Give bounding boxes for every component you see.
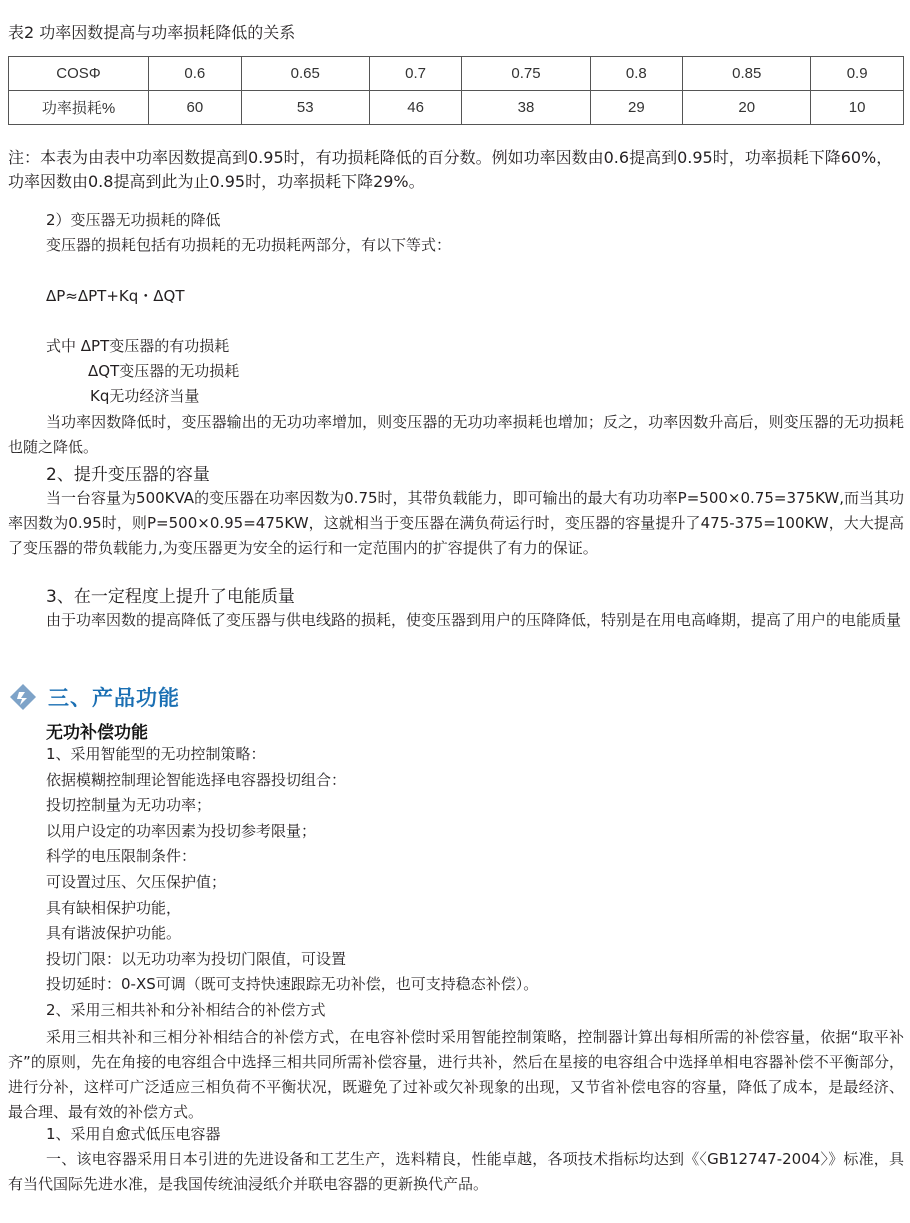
table-cell: 0.7: [369, 57, 462, 91]
table-cell: 60: [149, 91, 242, 125]
section-intro: 变压器的损耗包括有功损耗的无功损耗两部分，有以下等式：: [46, 233, 451, 258]
section-heading: 2）变压器无功损耗的降低: [46, 208, 221, 233]
table-row: COSΦ 0.6 0.65 0.7 0.75 0.8 0.85 0.9: [9, 57, 904, 91]
list-item: 依据模糊控制理论智能选择电容器投切组合：: [46, 768, 538, 794]
list-item: 投切门限：以无功功率为投切门限值，可设置: [46, 947, 538, 973]
table-cell: 38: [462, 91, 590, 125]
list-item: 1、采用智能型的无功控制策略：: [46, 742, 538, 768]
list-item: 投切延时：0-XS可调（既可支持快速跟踪无功补偿，也可支持稳态补偿）。: [46, 972, 538, 998]
feature-list: 1、采用智能型的无功控制策略： 依据模糊控制理论智能选择电容器投切组合： 投切控…: [46, 742, 538, 1024]
formula-def: 式中 ΔPT变压器的有功损耗: [46, 334, 229, 359]
formula-def: ΔQT变压器的无功损耗: [88, 359, 239, 384]
row-header: 功率损耗%: [9, 91, 149, 125]
list-item: 具有谐波保护功能。: [46, 921, 538, 947]
list-item: 可设置过压、欠压保护值；: [46, 870, 538, 896]
paragraph: 由于功率因数的提高降低了变压器与供电线路的损耗，使变压器到用户的压降降低，特别是…: [8, 608, 904, 633]
table-cell: 20: [683, 91, 811, 125]
table-cell: 0.8: [590, 57, 683, 91]
table-cell: 0.9: [811, 57, 904, 91]
table-title: 表2 功率因数提高与功率损耗降低的关系: [8, 20, 295, 43]
power-factor-table: COSΦ 0.6 0.65 0.7 0.75 0.8 0.85 0.9 功率损耗…: [8, 56, 904, 125]
item-heading: 2、提升变压器的容量: [46, 460, 210, 485]
table-cell: 0.75: [462, 57, 590, 91]
paragraph: 采用三相共补和三相分补相结合的补偿方式，在电容补偿时采用智能控制策略，控制器计算…: [8, 1025, 904, 1125]
table-row: 功率损耗% 60 53 46 38 29 20 10: [9, 91, 904, 125]
paragraph: 当功率因数降低时，变压器输出的无功功率增加，则变压器的无功功率损耗也增加；反之，…: [8, 410, 904, 460]
diamond-bolt-icon: [8, 682, 38, 712]
table-cell: 53: [241, 91, 369, 125]
subsection-title: 无功补偿功能: [46, 718, 148, 743]
item-heading: 1、采用自愈式低压电容器: [46, 1122, 221, 1147]
table-cell: 0.6: [149, 57, 242, 91]
table-cell: 0.65: [241, 57, 369, 91]
list-item: 具有缺相保护功能，: [46, 896, 538, 922]
table-cell: 10: [811, 91, 904, 125]
list-item: 以用户设定的功率因素为投切参考限量；: [46, 819, 538, 845]
table-cell: 46: [369, 91, 462, 125]
row-header: COSΦ: [9, 57, 149, 91]
list-item: 科学的电压限制条件：: [46, 844, 538, 870]
table-cell: 29: [590, 91, 683, 125]
paragraph: 当一台容量为500KVA的变压器在功率因数为0.75时，其带负载能力，即可输出的…: [8, 486, 904, 561]
table-note: 注：本表为由表中功率因数提高到0.95时，有功损耗降低的百分数。例如功率因数由0…: [8, 146, 908, 194]
list-item: 2、采用三相共补和分补相结合的补偿方式: [46, 998, 538, 1024]
product-section-header: 三、产品功能: [8, 682, 180, 712]
paragraph: 一、该电容器采用日本引进的先进设备和工艺生产，选料精良，性能卓越，各项技术指标均…: [8, 1147, 904, 1197]
item-heading: 3、在一定程度上提升了电能质量: [46, 582, 295, 607]
table-cell: 0.85: [683, 57, 811, 91]
section-title: 三、产品功能: [48, 682, 180, 712]
list-item: 投切控制量为无功功率；: [46, 793, 538, 819]
formula: ΔP≈ΔPT+Kq・ΔQT: [46, 284, 185, 309]
formula-def: Kq无功经济当量: [90, 384, 199, 409]
